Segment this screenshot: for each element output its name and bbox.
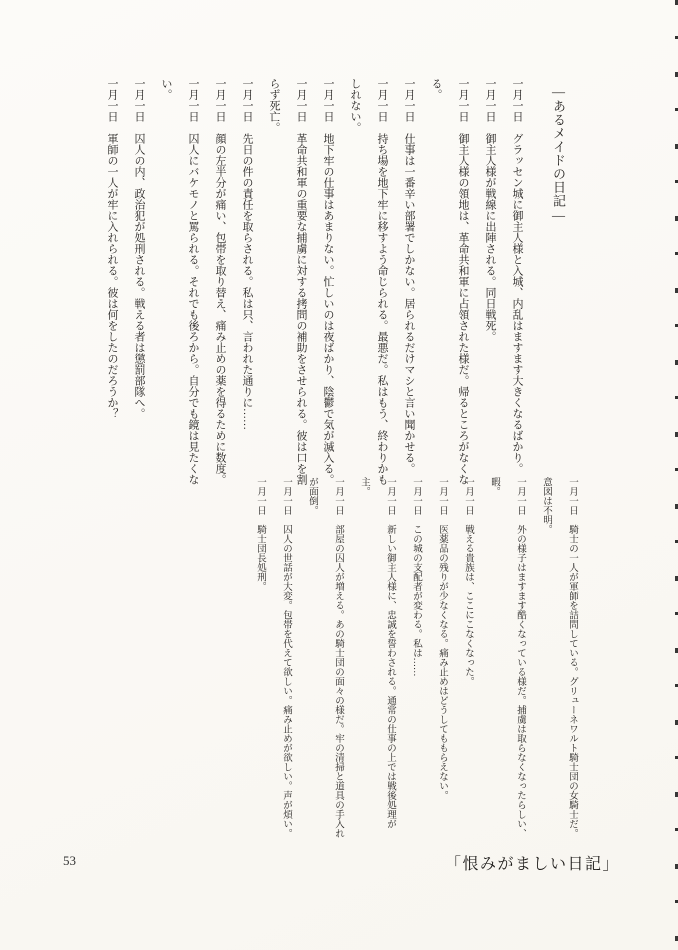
diary-entry: 一月一日 囚人の内、政治犯が処刑される。戦える者は懲罰部隊へ。 [125,78,152,490]
diary-entry: 一月一日 御主人様が戦線に出陣される。同日戦死。 [476,78,503,490]
diary-entry: 一月一日 地下牢の仕事はあまりない。忙しいのは夜ばかり、陰鬱で気が滅入る。 [314,78,341,490]
diary-entry: 一月一日 この城の支配者が変わる。私は…… [403,477,429,842]
diary-entry: 一月一日 軍師の一人が牢に入れられる。彼は何をしたのだろうか？ [98,78,125,490]
diary-entry: 一月一日 医薬品の残りが少なくなる。痛み止めはどうしてももらえない。 [429,477,455,842]
diary-entry: 一月一日 顔の左半分が痛い、包帯を取り替え、痛み止めの薬を得るために数度。 [206,78,233,490]
diary-entry: 一月一日 グラッセン城に御主人様と入城、内乱はますます大きくなるばかり。 [503,78,530,490]
diary-entry: 一月一日 騎士の一人が軍師を詰問している。グリューネワルト騎士団の女騎士だ。意図… [533,477,585,842]
diary-entry: 一月一日 持ち場を地下牢に移すよう命じられる。最悪だ。私はもう、終わりかもしれな… [341,78,395,490]
diary-section-1: 一月一日 グラッセン城に御主人様と入城、内乱はますます大きくなるばかり。 一月一… [98,78,530,490]
diary-entry: 一月一日 戦える貴族は、ここにこなくなった。 [455,477,481,842]
diary-entry: 一月一日 外の様子はますます酷くなっている様だ。捕虜は取らなくなったらしい、暇。 [481,477,533,842]
diary-entry: 一月一日 仕事は一番辛い部署でしかない。居られるだけマシと言い聞かせる。 [395,78,422,490]
page-number: 53 [63,853,76,869]
diary-entry: 一月一日 新しい御主人様に、忠誠を誓わされる。通常の仕事の上では戦後処理が主。 [351,477,403,842]
diary-entry: 一月一日 部屋の囚人が増える。あの騎士団の面々の様だ。牢の清掃と道具の手入れが面… [299,477,351,842]
page-title: ―あるメイドの日記― [549,84,568,223]
diary-entry: 一月一日 先日の件の責任を取らされる。私は只、言われた通りに…… [233,78,260,490]
diary-entry: 一月一日 御主人様の領地は、革命共和軍に占領された様だ。帰るところがなくなる。 [422,78,476,490]
diary-entry: 一月一日 騎士団長処刑。 [247,477,273,842]
diary-entry: 一月一日 革命共和軍の重要な捕虜に対する拷問の補助をさせられる。彼は口を割らず死… [260,78,314,490]
diary-section-2: 一月一日 騎士の一人が軍師を詰問している。グリューネワルト騎士団の女騎士だ。意図… [247,477,585,842]
footer-caption: 「恨みがましい日記」 [445,851,620,874]
diary-entry: 一月一日 囚人にバケモノと罵られる。それでも後ろから。自分でも鏡は見たくない。 [152,78,206,490]
scanned-book-page: ―あるメイドの日記― 一月一日 グラッセン城に御主人様と入城、内乱はますます大き… [0,0,678,950]
diary-entry: 一月一日 囚人の世話が大変。包帯を代えて欲しい。痛み止めが欲しい。声が煩い。 [273,477,299,842]
